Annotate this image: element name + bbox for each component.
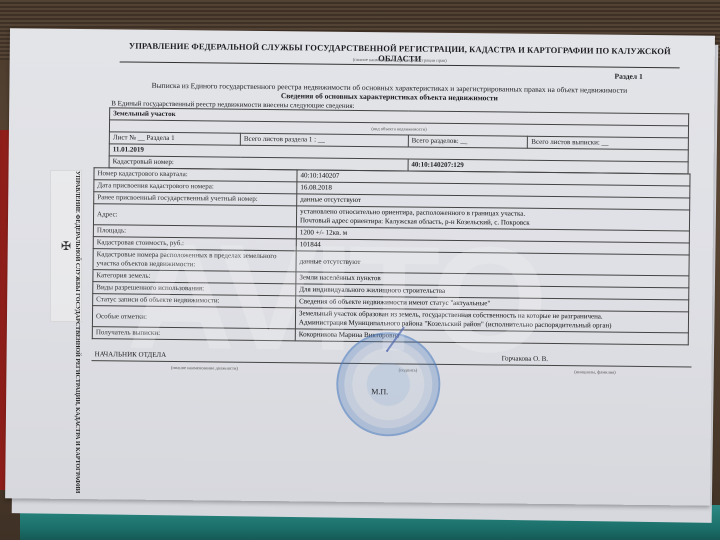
eagle-emblem-icon: ✠ — [59, 239, 73, 253]
properties-table: Номер кадастрового квартала:40:10:140207… — [92, 167, 691, 345]
side-label-strip: УПРАВЛЕНИЕ ФЕДЕРАЛЬНОЙ СЛУЖБЫ ГОСУДАРСТВ… — [50, 170, 82, 322]
position-caption: (полное наименование должности) — [91, 361, 317, 375]
stamp-label: М.П. — [371, 387, 388, 396]
section-number: Раздел 1 — [615, 72, 643, 81]
document-page: УПРАВЛЕНИЕ ФЕДЕРАЛЬНОЙ СЛУЖБЫ ГОСУДАРСТВ… — [5, 28, 715, 505]
header-table: Земельный участок (вид объекта недвижимо… — [109, 107, 690, 174]
property-label: Адрес: — [93, 204, 296, 227]
property-label: Получатель выписки: — [92, 327, 295, 341]
property-label: Кадастровые номера расположенных в преде… — [93, 249, 296, 272]
name-caption: (инициалы, фамилия) — [498, 365, 691, 379]
property-label: Особые отметки: — [92, 306, 295, 329]
property-value-line: данные отсутствуют — [300, 257, 686, 270]
